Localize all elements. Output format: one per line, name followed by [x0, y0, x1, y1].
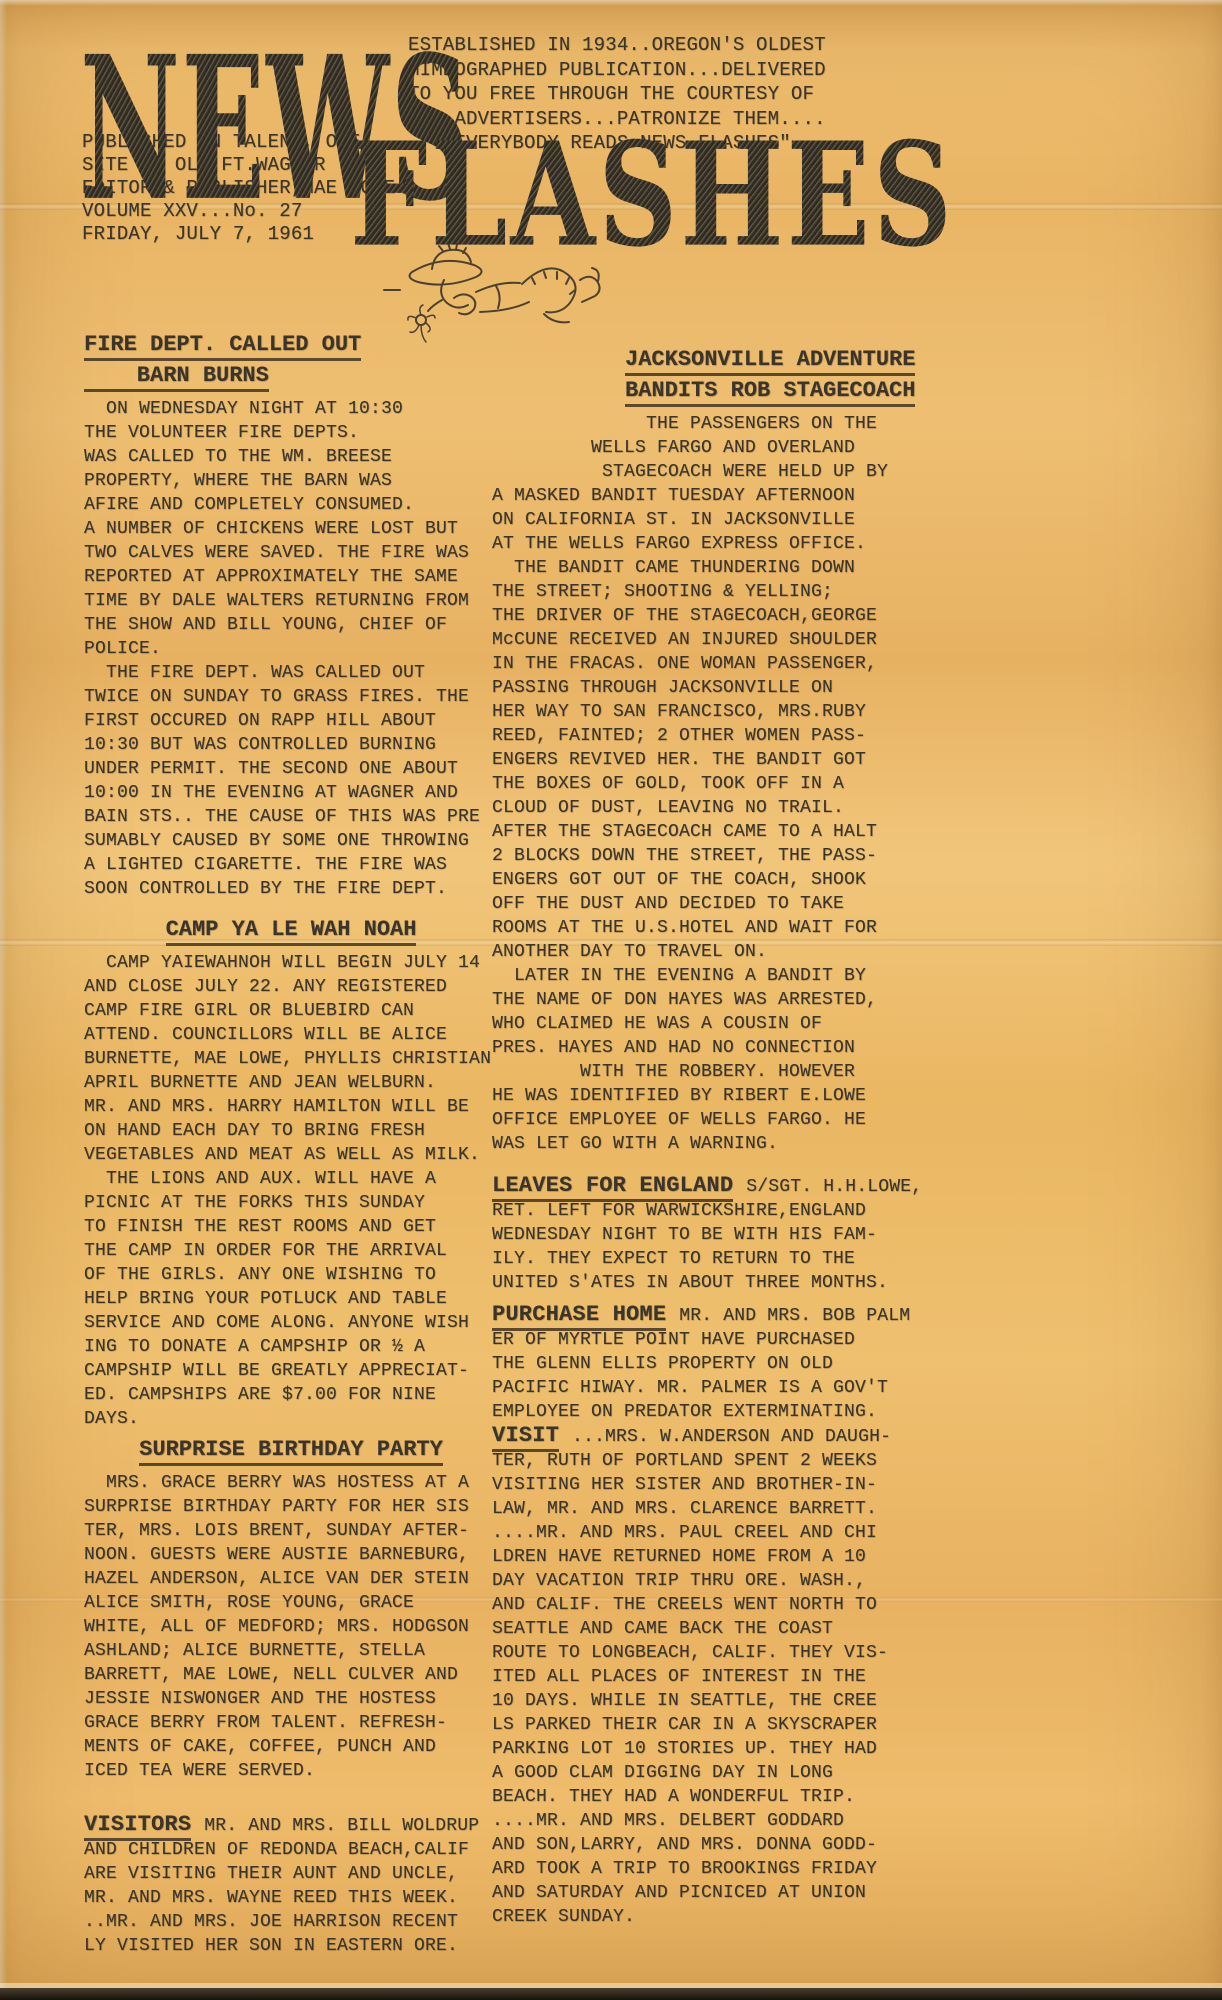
article-heading: SURPRISE BIRTHDAY PARTY	[84, 1435, 498, 1466]
article-heading-text: FIRE DEPT. CALLED OUT	[84, 332, 361, 361]
article-body-line: AND CALIF. THE CREELS WENT NORTH TO	[492, 1593, 922, 1617]
article-body-line: AFTER THE STAGECOACH CAME TO A HALT	[492, 820, 922, 844]
article-body-line: 10:30 BUT WAS CONTROLLED BURNING	[84, 733, 498, 757]
scan-edge-top	[0, 0, 1222, 6]
article-first-line: VISIT ...MRS. W.ANDERSON AND DAUGH-	[492, 1424, 922, 1449]
article-body-line: ICED TEA WERE SERVED.	[84, 1759, 498, 1783]
article-body-line: BAIN STS.. THE CAUSE OF THIS WAS PRE	[84, 805, 498, 829]
article-body-line: POLICE.	[84, 637, 498, 661]
article-body-line: APRIL BURNETTE AND JEAN WELBURN.	[84, 1071, 498, 1095]
article-body-line: THE FIRE DEPT. WAS CALLED OUT	[84, 661, 498, 685]
article-first-line: PURCHASE HOME MR. AND MRS. BOB PALM	[492, 1303, 922, 1328]
article-body-line: CLOUD OF DUST, LEAVING NO TRAIL.	[492, 796, 922, 820]
article-body-line: DAY VACATION TRIP THRU ORE. WASH.,	[492, 1569, 922, 1593]
article-body-line: A NUMBER OF CHICKENS WERE LOST BUT	[84, 517, 498, 541]
article-body-line: ER OF MYRTLE POINT HAVE PURCHASED	[492, 1328, 922, 1352]
article-body-line: MR. AND MRS. WAYNE REED THIS WEEK.	[84, 1886, 498, 1910]
article-heading: CAMP YA LE WAH NOAH	[84, 915, 498, 946]
article-body-line: ROOMS AT THE U.S.HOTEL AND WAIT FOR	[492, 916, 922, 940]
spacer	[84, 1783, 498, 1813]
article-body-line: WHITE, ALL OF MEDFORD; MRS. HODGSON	[84, 1615, 498, 1639]
article-body-line: THE BOXES OF GOLD, TOOK OFF IN A	[492, 772, 922, 796]
article-body-line: ARE VISITING THEIR AUNT AND UNCLE,	[84, 1862, 498, 1886]
article-body-line: RET. LEFT FOR WARWICKSHIRE,ENGLAND	[492, 1199, 922, 1223]
article-body-line: THE BANDIT CAME THUNDERING DOWN	[492, 556, 922, 580]
scan-edge-bottom	[0, 1988, 1222, 2000]
article-heading-text: BANDITS ROB STAGECOACH	[625, 378, 915, 407]
article-body-line: TWO CALVES WERE SAVED. THE FIRE WAS	[84, 541, 498, 565]
spacer	[492, 1156, 922, 1174]
article-body-line: AND CHILDREN OF REDONDA BEACH,CALIF	[84, 1838, 498, 1862]
scan-edge-left	[0, 0, 7, 2000]
article-body-line: BEACH. THEY HAD A WONDERFUL TRIP.	[492, 1785, 922, 1809]
article-body-line: ITED ALL PLACES OF INTEREST IN THE	[492, 1665, 922, 1689]
article-body-line: WAS CALLED TO THE WM. BREESE	[84, 445, 498, 469]
article-heading-text: BARN BURNS	[84, 363, 269, 392]
article-body-line: REED, FAINTED; 2 OTHER WOMEN PASS-	[492, 724, 922, 748]
article-body-line: WAS LET GO WITH A WARNING.	[492, 1132, 922, 1156]
article-body-line: ASHLAND; ALICE BURNETTE, STELLA	[84, 1639, 498, 1663]
article-body-line: VISITING HER SISTER AND BROTHER-IN-	[492, 1473, 922, 1497]
article-body-line: ..MR. AND MRS. JOE HARRISON RECENT	[84, 1910, 498, 1934]
newsletter-page: NEWS FLASHES ESTABLISHED IN 1934..OREGON…	[0, 0, 1222, 2000]
article-body-line: OFFICE EMPLOYEE OF WELLS FARGO. HE	[492, 1108, 922, 1132]
article-body-line: THE DRIVER OF THE STAGECOACH,GEORGE	[492, 604, 922, 628]
article-heading-text: CAMP YA LE WAH NOAH	[166, 917, 417, 946]
article-body-line: ED. CAMPSHIPS ARE $7.00 FOR NINE	[84, 1383, 498, 1407]
article-body-line: 10:00 IN THE EVENING AT WAGNER AND	[84, 781, 498, 805]
article-body-line: OFF THE DUST AND DECIDED TO TAKE	[492, 892, 922, 916]
article-body-line: THE PASSENGERS ON THE	[492, 412, 922, 436]
article-body-line: SERVICE AND COME ALONG. ANYONE WISH	[84, 1311, 498, 1335]
article-body-line: CREEK SUNDAY.	[492, 1905, 922, 1929]
article-body-line: AFIRE AND COMPLETELY CONSUMED.	[84, 493, 498, 517]
run-in-heading: VISITORS	[84, 1812, 191, 1841]
article-body-line: A MASKED BANDIT TUESDAY AFTERNOON	[492, 484, 922, 508]
article-body-line: HE WAS IDENTIFIED BY RIBERT E.LOWE	[492, 1084, 922, 1108]
article-body-line: AT THE WELLS FARGO EXPRESS OFFICE.	[492, 532, 922, 556]
article-body-line: CAMP YAIEWAHNOH WILL BEGIN JULY 14	[84, 951, 498, 975]
article-body-line: CAMPSHIP WILL BE GREATLY APPRECIAT-	[84, 1359, 498, 1383]
article-body-line: UNDER PERMIT. THE SECOND ONE ABOUT	[84, 757, 498, 781]
article-body-line: SOON CONTROLLED BY THE FIRE DEPT.	[84, 877, 498, 901]
article-body-line: LAW, MR. AND MRS. CLARENCE BARRETT.	[492, 1497, 922, 1521]
article-body-line: ANOTHER DAY TO TRAVEL ON.	[492, 940, 922, 964]
article-body-line: TIME BY DALE WALTERS RETURNING FROM	[84, 589, 498, 613]
article-body-line: ON CALIFORNIA ST. IN JACKSONVILLE	[492, 508, 922, 532]
article-body-line: A LIGHTED CIGARETTE. THE FIRE WAS	[84, 853, 498, 877]
article-body-line: SURPRISE BIRTHDAY PARTY FOR HER SIS	[84, 1495, 498, 1519]
article-body-line: HER WAY TO SAN FRANCISCO, MRS.RUBY	[492, 700, 922, 724]
run-in-heading: PURCHASE HOME	[492, 1302, 666, 1331]
article-body-line: THE CAMP IN ORDER FOR THE ARRIVAL	[84, 1239, 498, 1263]
article-body-line: ENGERS REVIVED HER. THE BANDIT GOT	[492, 748, 922, 772]
article-body-line: LATER IN THE EVENING A BANDIT BY	[492, 964, 922, 988]
article-body-line: MENTS OF CAKE, COFFEE, PUNCH AND	[84, 1735, 498, 1759]
article-body-line: WHO CLAIMED HE WAS A COUSIN OF	[492, 1012, 922, 1036]
article-body-line: LDREN HAVE RETURNED HOME FROM A 10	[492, 1545, 922, 1569]
article-body-line: WEDNESDAY NIGHT TO BE WITH HIS FAM-	[492, 1223, 922, 1247]
article-body-line: HELP BRING YOUR POTLUCK AND TABLE	[84, 1287, 498, 1311]
article-body-line: MRS. GRACE BERRY WAS HOSTESS AT A	[84, 1471, 498, 1495]
article-body-line: THE LIONS AND AUX. WILL HAVE A	[84, 1167, 498, 1191]
run-in-heading: LEAVES FOR ENGLAND	[492, 1173, 733, 1202]
article-body-line: UNITED S'ATES IN ABOUT THREE MONTHS.	[492, 1271, 922, 1295]
article-body-line: CAMP FIRE GIRL OR BLUEBIRD CAN	[84, 999, 498, 1023]
article-body-line: PACIFIC HIWAY. MR. PALMER IS A GOV'T	[492, 1376, 922, 1400]
reclining-hillbilly-smelling-flower-cartoon	[382, 226, 610, 350]
article-body-line: MR. AND MRS. HARRY HAMILTON WILL BE	[84, 1095, 498, 1119]
article-first-line-text: S/SGT. H.H.LOWE,	[735, 1177, 922, 1197]
article-first-line-text: MR. AND MRS. BILL WOLDRUP	[193, 1816, 479, 1836]
article-body-line: TO FINISH THE REST ROOMS AND GET	[84, 1215, 498, 1239]
right-column: JACKSONVILLE ADVENTUREBANDITS ROB STAGEC…	[492, 345, 922, 1929]
article-first-line: VISITORS MR. AND MRS. BILL WOLDRUP	[84, 1813, 498, 1838]
article-first-line: LEAVES FOR ENGLAND S/SGT. H.H.LOWE,	[492, 1174, 922, 1199]
article-body-line: DAYS.	[84, 1407, 498, 1431]
article-body-line: WITH THE ROBBERY. HOWEVER	[492, 1060, 922, 1084]
article-body-line: AND SATURDAY AND PICNICED AT UNION	[492, 1881, 922, 1905]
article-body-line: PARKING LOT 10 STORIES UP. THEY HAD	[492, 1737, 922, 1761]
article-body-line: FIRST OCCURED ON RAPP HILL ABOUT	[84, 709, 498, 733]
article-body-line: 10 DAYS. WHILE IN SEATTLE, THE CREE	[492, 1689, 922, 1713]
article-body-line: SEATTLE AND CAME BACK THE COAST	[492, 1617, 922, 1641]
article-body-line: A GOOD CLAM DIGGING DAY IN LONG	[492, 1761, 922, 1785]
left-column: FIRE DEPT. CALLED OUT BARN BURNS ON WEDN…	[84, 330, 498, 1958]
article-body-line: IN THE FRACAS. ONE WOMAN PASSENGER,	[492, 652, 922, 676]
article-body-line: PICNIC AT THE FORKS THIS SUNDAY	[84, 1191, 498, 1215]
article-body-line: VEGETABLES AND MEAT AS WELL AS MILK.	[84, 1143, 498, 1167]
article-body-line: PRES. HAYES AND HAD NO CONNECTION	[492, 1036, 922, 1060]
article-body-line: McCUNE RECEIVED AN INJURED SHOULDER	[492, 628, 922, 652]
article-body-line: JESSIE NISWONGER AND THE HOSTESS	[84, 1687, 498, 1711]
article-heading-text: JACKSONVILLE ADVENTURE	[625, 347, 915, 376]
article-body-line: THE NAME OF DON HAYES WAS ARRESTED,	[492, 988, 922, 1012]
article-body-line: EMPLOYEE ON PREDATOR EXTERMINATING.	[492, 1400, 922, 1424]
article-body-line: ATTEND. COUNCILLORS WILL BE ALICE	[84, 1023, 498, 1047]
article-body-line: THE VOLUNTEER FIRE DEPTS.	[84, 421, 498, 445]
article-body-line: THE GLENN ELLIS PROPERTY ON OLD	[492, 1352, 922, 1376]
spacer	[84, 901, 498, 915]
article-body-line: TWICE ON SUNDAY TO GRASS FIRES. THE	[84, 685, 498, 709]
article-first-line-text: ...MRS. W.ANDERSON AND DAUGH-	[561, 1427, 891, 1447]
article-body-line: TER, RUTH OF PORTLAND SPENT 2 WEEKS	[492, 1449, 922, 1473]
article-body-line: REPORTED AT APPROXIMATELY THE SAME	[84, 565, 498, 589]
article-body-line: BARRETT, MAE LOWE, NELL CULVER AND	[84, 1663, 498, 1687]
article-body-line: ROUTE TO LONGBEACH, CALIF. THEY VIS-	[492, 1641, 922, 1665]
run-in-heading: VISIT	[492, 1423, 559, 1452]
article-body-line: TER, MRS. LOIS BRENT, SUNDAY AFTER-	[84, 1519, 498, 1543]
article-heading: JACKSONVILLE ADVENTUREBANDITS ROB STAGEC…	[492, 345, 922, 407]
article-body-line: WELLS FARGO AND OVERLAND	[492, 436, 922, 460]
article-body-line: OF THE GIRLS. ANY ONE WISHING TO	[84, 1263, 498, 1287]
article-body-line: LY VISITED HER SON IN EASTERN ORE.	[84, 1934, 498, 1958]
article-body-line: SUMABLY CAUSED BY SOME ONE THROWING	[84, 829, 498, 853]
article-body-line: ....MR. AND MRS. PAUL CREEL AND CHI	[492, 1521, 922, 1545]
article-body-line: GRACE BERRY FROM TALENT. REFRESH-	[84, 1711, 498, 1735]
article-body-line: PROPERTY, WHERE THE BARN WAS	[84, 469, 498, 493]
article-body-line: ING TO DONATE A CAMPSHIP OR ½ A	[84, 1335, 498, 1359]
article-body-line: ENGERS GOT OUT OF THE COACH, SHOOK	[492, 868, 922, 892]
article-body-line: THE STREET; SHOOTING & YELLING;	[492, 580, 922, 604]
article-body-line: 2 BLOCKS DOWN THE STREET, THE PASS-	[492, 844, 922, 868]
article-body-line: PASSING THROUGH JACKSONVILLE ON	[492, 676, 922, 700]
article-body-line: ON WEDNESDAY NIGHT AT 10:30	[84, 397, 498, 421]
article-body-line: LS PARKED THEIR CAR IN A SKYSCRAPER	[492, 1713, 922, 1737]
article-body-line: AND CLOSE JULY 22. ANY REGISTERED	[84, 975, 498, 999]
article-heading-text: SURPRISE BIRTHDAY PARTY	[139, 1437, 443, 1466]
article-body-line: ON HAND EACH DAY TO BRING FRESH	[84, 1119, 498, 1143]
article-body-line: HAZEL ANDERSON, ALICE VAN DER STEIN	[84, 1567, 498, 1591]
article-body-line: BURNETTE, MAE LOWE, PHYLLIS CHRISTIAN	[84, 1047, 498, 1071]
article-body-line: ARD TOOK A TRIP TO BROOKINGS FRIDAY	[492, 1857, 922, 1881]
article-body-line: STAGECOACH WERE HELD UP BY	[492, 460, 922, 484]
article-first-line-text: MR. AND MRS. BOB PALM	[668, 1306, 910, 1326]
article-body-line: NOON. GUESTS WERE AUSTIE BARNEBURG,	[84, 1543, 498, 1567]
article-body-line: AND SON,LARRY, AND MRS. DONNA GODD-	[492, 1833, 922, 1857]
article-body-line: ILY. THEY EXPECT TO RETURN TO THE	[492, 1247, 922, 1271]
article-body-line: ....MR. AND MRS. DELBERT GODDARD	[492, 1809, 922, 1833]
article-body-line: THE SHOW AND BILL YOUNG, CHIEF OF	[84, 613, 498, 637]
article-body-line: ALICE SMITH, ROSE YOUNG, GRACE	[84, 1591, 498, 1615]
